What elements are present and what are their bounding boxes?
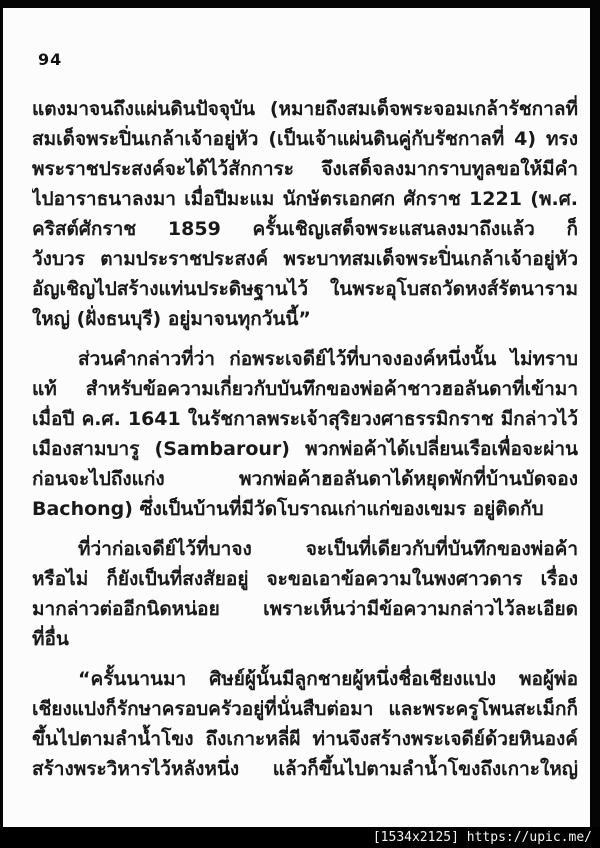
text-line: พระราชประสงค์จะได้ไว้สักการะ จึงเสด็จลงม…	[32, 154, 578, 184]
text-line: แตงมาจนถึงแผ่นดินปัจจุบัน (หมายถึงสมเด็จ…	[32, 94, 578, 124]
paragraph: “ครั้นนานมา ศิษย์ผู้นั้นมีลูกชายผู้หนึ่ง…	[32, 664, 578, 784]
watermark-text: [1534x2125] https://upic.me/	[373, 827, 592, 848]
text-line: ขึ้นไปตามลำน้ำโขง ถึงเกาะหลี่ผี ท่านจึงส…	[32, 724, 578, 754]
text-line: อัญเชิญไปสร้างแท่นประดิษฐานไว้ ในพระอุโบ…	[32, 274, 578, 304]
text-line: ส่วนคำกล่าวที่ว่า ก่อพระเจดีย์ไว้ที่บาจง…	[32, 344, 578, 374]
page-number: 94	[38, 50, 62, 69]
text-line: ที่อื่น	[32, 624, 578, 654]
text-line: มากล่าวต่ออีกนิดหน่อย เพราะเห็นว่ามีข้อค…	[32, 594, 578, 624]
text-line: เมืองสามบารู (Sambarour) พวกพ่อค้าได้เปล…	[32, 434, 578, 464]
text-line: สร้างพระวิหารไว้หลังหนึ่ง แล้วก็ขึ้นไปตา…	[32, 754, 578, 784]
text-line: วังบวร ตามประราชประสงค์ พระบาทสมเด็จพระป…	[32, 244, 578, 274]
text-line: แท้ สำหรับข้อความเกี่ยวกับบันทึกของพ่อค้…	[32, 374, 578, 404]
text-line: ใหญ่ (ฝั่งธนบุรี) อยู่มาจนทุกวันนี้”	[32, 304, 578, 334]
text-line: หรือไม่ ก็ยังเป็นที่สงสัยอยู่ จะขอเอาข้อ…	[32, 564, 578, 594]
text-line: เมื่อปี ค.ศ. 1641 ในรัชกาลพระเจ้าสุริยวง…	[32, 404, 578, 434]
text-line: ที่ว่าก่อเจดีย์ไว้ที่บาจง จะเป็นที่เดียว…	[32, 534, 578, 564]
text-line: “ครั้นนานมา ศิษย์ผู้นั้นมีลูกชายผู้หนึ่ง…	[32, 664, 578, 694]
text-line: เชียงแปงก็รักษาครอบครัวอยู่ที่นั่นสืบต่อ…	[32, 694, 578, 724]
text-line: ไปอาราธนาลงมา เมื่อปีมะแม นักษัตรเอกศก ศ…	[32, 184, 578, 214]
text-line: สมเด็จพระปิ่นเกล้าเจ้าอยู่หัว (เป็นเจ้าแ…	[32, 124, 578, 154]
text-body: แตงมาจนถึงแผ่นดินปัจจุบัน (หมายถึงสมเด็จ…	[32, 94, 578, 794]
text-line: ก่อนจะไปถึงแก่ง พวกพ่อค้าฮอลันดาได้หยุดพ…	[32, 464, 578, 494]
text-line: คริสต์ศักราช 1859 ครั้นเชิญเสด็จพระแสนลง…	[32, 214, 578, 244]
paragraph: แตงมาจนถึงแผ่นดินปัจจุบัน (หมายถึงสมเด็จ…	[32, 94, 578, 334]
text-line: Bachong) ซึ่งเป็นบ้านที่มีวัดโบราณเก่าแก…	[32, 494, 578, 524]
document-page: 94 แตงมาจนถึงแผ่นดินปัจจุบัน (หมายถึงสมเ…	[3, 8, 590, 827]
watermark-bar: [1534x2125] https://upic.me/	[0, 827, 600, 848]
scan-border-frame: 94 แตงมาจนถึงแผ่นดินปัจจุบัน (หมายถึงสมเ…	[0, 0, 600, 848]
paragraph: ส่วนคำกล่าวที่ว่า ก่อพระเจดีย์ไว้ที่บาจง…	[32, 344, 578, 524]
paragraph: ที่ว่าก่อเจดีย์ไว้ที่บาจง จะเป็นที่เดียว…	[32, 534, 578, 654]
